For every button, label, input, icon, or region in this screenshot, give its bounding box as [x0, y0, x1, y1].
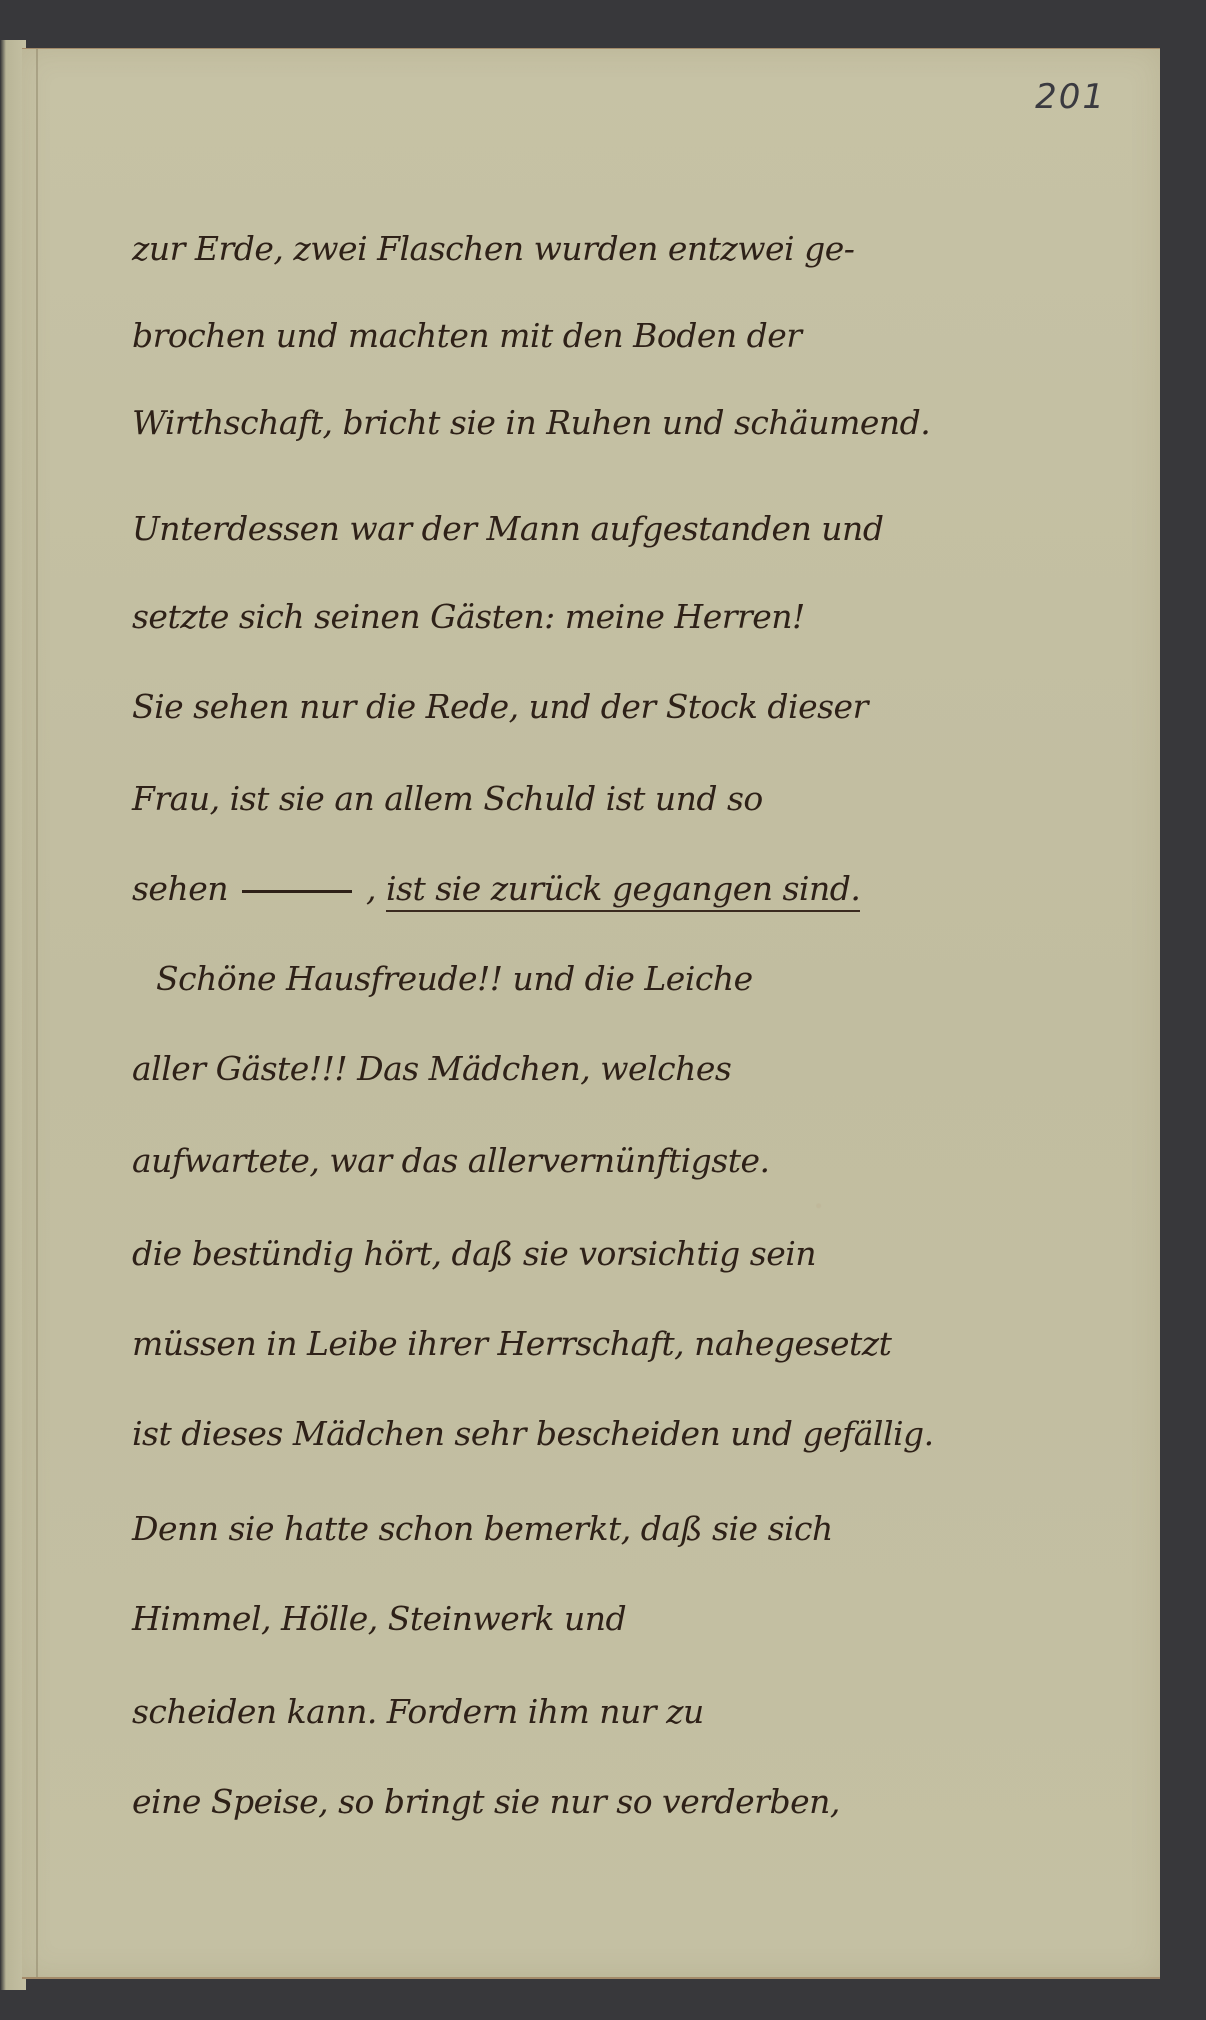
underlined-text: ist sie zurück gegangen sind.: [386, 869, 860, 912]
text-line: Denn sie hatte schon bemerkt, daß sie si…: [132, 1509, 833, 1548]
text-segment: sehen: [132, 869, 228, 908]
text-line: aufwartete, war das allervernünftigste.: [132, 1141, 769, 1180]
text-line: Himmel, Hölle, Steinwerk und: [132, 1599, 626, 1638]
long-dash-mark: [242, 890, 352, 893]
text-line: die bestündig hört, daß sie vorsichtig s…: [132, 1234, 816, 1273]
text-line-with-underline: sehen, ist sie zurück gegangen sind.: [132, 869, 860, 908]
text-line: brochen und machten mit den Boden der: [132, 316, 802, 355]
text-line: Sie sehen nur die Rede, und der Stock di…: [132, 687, 868, 726]
text-line: aller Gäste!!! Das Mädchen, welches: [132, 1049, 731, 1088]
text-line: Frau, ist sie an allem Schuld ist und so: [132, 779, 763, 818]
text-line: Unterdessen war der Mann aufgestanden un…: [132, 509, 883, 548]
text-line: ist dieses Mädchen sehr bescheiden und g…: [132, 1414, 934, 1453]
page-fold-line: [36, 49, 38, 1977]
text-line: Schöne Hausfreude!! und die Leiche: [156, 959, 753, 998]
text-line: scheiden kann. Fordern ihm nur zu: [132, 1692, 704, 1731]
manuscript-page: 201 zur Erde, zwei Flaschen wurden entzw…: [22, 48, 1160, 1979]
text-line: Wirthschaft, bricht sie in Ruhen und sch…: [132, 403, 930, 442]
text-line: zur Erde, zwei Flaschen wurden entzwei g…: [132, 229, 854, 268]
text-line: eine Speise, so bringt sie nur so verder…: [132, 1782, 840, 1821]
text-line: müssen in Leibe ihrer Herrschaft, nahege…: [132, 1324, 891, 1363]
text-line: setzte sich seinen Gästen: meine Herren!: [132, 597, 805, 636]
page-number: 201: [1035, 77, 1106, 117]
